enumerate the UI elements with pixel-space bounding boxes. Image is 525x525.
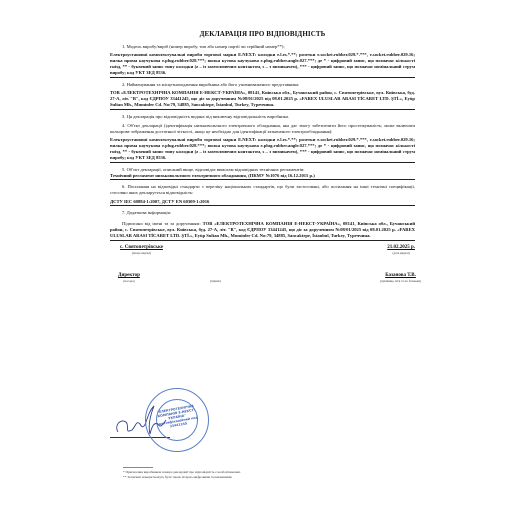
place-field: с. Святопетрівське (місце видачі) (120, 245, 163, 255)
section-7-prefix: Підписано від імені та за дорученням: (122, 221, 203, 226)
footnotes: * Присвоєння виробником номера деклараці… (123, 467, 383, 480)
section-1-body: Електроустановні комплектувальні вироби … (110, 52, 415, 78)
section-2-body: ТОВ «ЕЛЕКТРОТЕХНІЧНА КОМПАНІЯ Е-НЕКСТ-УК… (110, 90, 415, 110)
position-caption: (посада) (118, 279, 140, 283)
footnote-2: ** Зазначені номери можуть бути також лі… (123, 475, 383, 480)
company-stamp: "ЕЛЕКТРОТЕХНІЧНА КОМПАНІЯ Е-НЕКСТ-УКРАЇН… (145, 388, 209, 452)
section-6-body: ДСТУ IEC 60884-1:2007, ДСТУ EN 60309-1:2… (110, 199, 415, 206)
section-1-heading: 1. Модель виробу/виріб (номер виробу, ти… (110, 44, 415, 50)
signature-field: (підпис) (210, 279, 221, 283)
place-caption: (місце видачі) (120, 251, 163, 255)
signature-caption: (підпис) (210, 279, 221, 283)
position-field: Директор (посада) (118, 273, 140, 283)
document-title: ДЕКЛАРАЦІЯ ПРО ВІДПОВІДНІСТЬ (110, 30, 415, 38)
footnote-divider (123, 467, 153, 468)
section-2-heading: 2. Найменування та місцезнаходження виро… (110, 82, 415, 88)
section-4-heading: 4. Об'єкт декларації (ідентифікація низь… (110, 123, 415, 135)
name-caption: (прізвище, ім'я та по батькові) (380, 279, 421, 283)
section-7-body: Підписано від імені та за дорученням: ТО… (110, 221, 415, 241)
section-5-body: Технічний регламент низьковольтного елек… (110, 173, 415, 180)
date-caption: (дата видачі) (387, 251, 415, 255)
date-field: 21.02.2025 р. (дата видачі) (387, 245, 415, 255)
section-4-body: Електроустановні комплектувальні вироби … (110, 137, 415, 163)
declaration-page: ДЕКЛАРАЦІЯ ПРО ВІДПОВІДНІСТЬ 1. Модель в… (110, 30, 415, 295)
place-date-row: с. Святопетрівське (місце видачі) 21.02.… (110, 245, 415, 267)
section-6-heading: 6. Посилання на відповідні стандарти з п… (110, 184, 415, 196)
signatory-row: Директор (посада) (підпис) Базанова Т.В.… (110, 273, 415, 295)
name-field: Базанова Т.В. (прізвище, ім'я та по бать… (380, 273, 421, 283)
